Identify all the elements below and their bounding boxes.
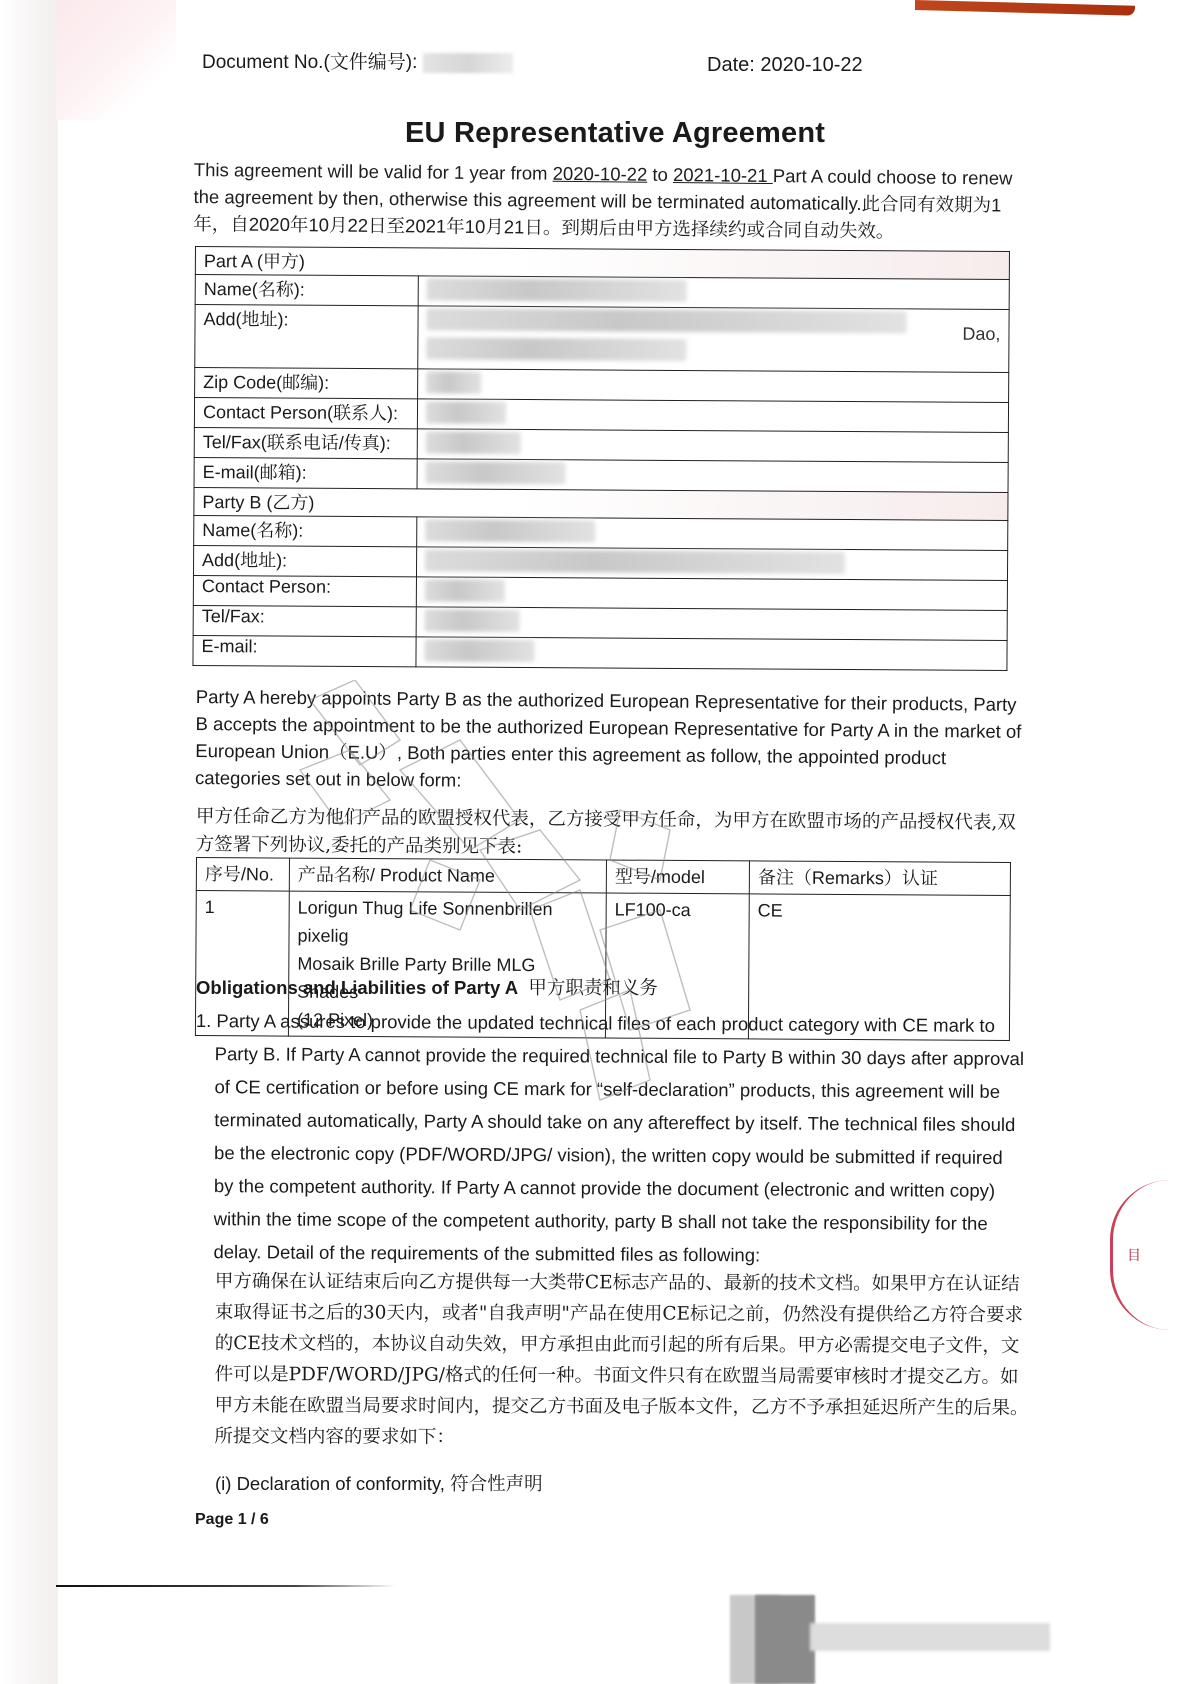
page-number: Page 1 / 6 [195, 1511, 269, 1529]
col-product-name: 产品名称/ Product Name [289, 858, 606, 893]
redacted-value [424, 639, 534, 662]
col-model: 型号/model [606, 860, 749, 894]
redacted-value [425, 609, 520, 632]
table-row: Zip Code(邮编): [195, 368, 1009, 403]
product-table-header: 序号/No. 产品名称/ Product Name 型号/model 备注（Re… [196, 858, 1010, 896]
table-row: Contact Person: [193, 575, 1007, 610]
col-no: 序号/No. [196, 858, 289, 892]
redacted-footer-block [720, 1595, 1070, 1684]
document-number-label: Document No.(文件编号): [202, 52, 417, 73]
clause-1-en: 1. Party A assures to provide the update… [194, 1004, 1026, 1273]
table-row: Name(名称): [194, 515, 1008, 550]
sub-item-declaration: (i) Declaration of conformity, 符合性声明 [215, 1470, 543, 1496]
party-info-table: Part A (甲方) Name(名称): Add(地址): Dao, Zip … [192, 246, 1010, 671]
redacted-value [426, 401, 506, 423]
table-row: Tel/Fax(联系电话/传真): [194, 427, 1008, 462]
table-row: E-mail: [193, 635, 1007, 670]
redacted-value [427, 278, 687, 302]
redacted-value [426, 308, 906, 333]
table-row: E-mail(邮箱): [194, 457, 1008, 492]
clause-1-cn: 甲方确保在认证结束后向乙方提供每一大类带CE标志产品的、最新的技术文档。如果甲方… [214, 1266, 1030, 1455]
redacted-value [425, 549, 845, 574]
table-row: Contact Person(联系人): [194, 398, 1008, 433]
table-row: Add(地址): [193, 545, 1007, 580]
table-row: Tel/Fax: [193, 605, 1007, 640]
redacted-value [425, 579, 505, 601]
document-number: Document No.(文件编号): [202, 47, 513, 74]
start-date: 2020-10-22 [553, 163, 648, 185]
validity-paragraph: This agreement will be valid for 1 year … [193, 156, 1024, 246]
document-date: Date: 2020-10-22 [707, 54, 863, 77]
redacted-document-number [423, 53, 513, 73]
redacted-value [425, 519, 595, 542]
col-remarks: 备注（Remarks）认证 [749, 861, 1010, 896]
appointment-paragraph-en: Party A hereby appoints Party B as the a… [195, 683, 1026, 799]
redacted-value [426, 337, 686, 361]
end-date: 2021-10-21 [673, 164, 773, 186]
obligations-heading: Obligations and Liabilities of Party A 甲… [196, 974, 658, 1000]
redacted-value [426, 431, 521, 454]
redacted-value [426, 371, 481, 393]
address-tail: Dao, [962, 324, 1000, 345]
document-page: Document No.(文件编号): Date: 2020-10-22 EU … [0, 0, 1190, 1684]
redacted-value [426, 461, 566, 484]
footer-rule [56, 1585, 396, 1587]
page-title: EU Representative Agreement [405, 117, 825, 150]
table-row: Add(地址): Dao, [195, 305, 1009, 373]
appointment-paragraph-cn: 甲方任命乙方为他们产品的欧盟授权代表，乙方接受甲方任命，为甲方在欧盟市场的产品授… [196, 803, 1026, 866]
table-row: Name(名称): [195, 275, 1009, 310]
